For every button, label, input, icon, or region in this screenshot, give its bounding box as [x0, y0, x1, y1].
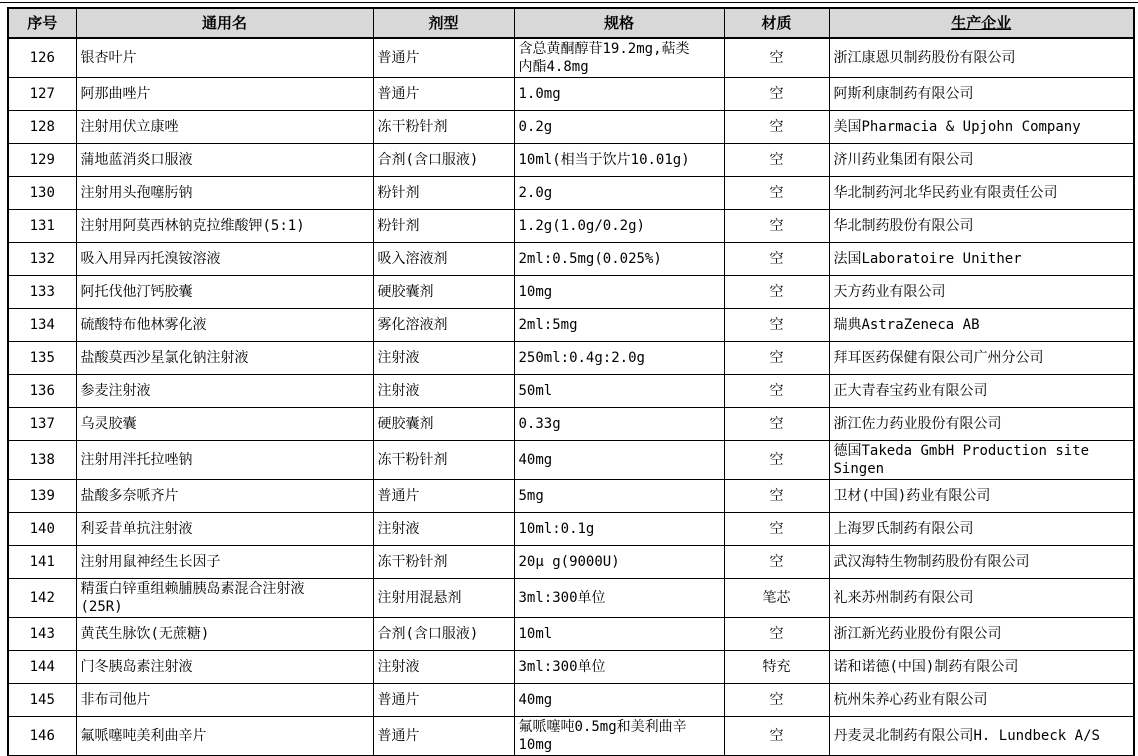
- cell-seq: 145: [8, 684, 76, 717]
- cell-manufacturer: 华北制药股份有限公司: [829, 210, 1134, 243]
- cell-seq: 132: [8, 243, 76, 276]
- cell-dosage-form: 普通片: [373, 717, 514, 756]
- cell-material: 笔芯: [724, 579, 829, 618]
- cell-manufacturer: 德国Takeda GmbH Production site Singen: [829, 441, 1134, 480]
- cell-generic-name: 精蛋白锌重组赖脯胰岛素混合注射液 (25R): [76, 579, 373, 618]
- cell-manufacturer: 拜耳医药保健有限公司广州分公司: [829, 342, 1134, 375]
- cell-seq: 139: [8, 480, 76, 513]
- cell-spec: 含总黄酮醇苷19.2mg,萜类 内酯4.8mg: [514, 38, 724, 78]
- cell-material: 空: [724, 210, 829, 243]
- cell-dosage-form: 合剂(含口服液): [373, 618, 514, 651]
- cell-dosage-form: 注射液: [373, 342, 514, 375]
- cell-spec: 2.0g: [514, 177, 724, 210]
- cell-dosage-form: 普通片: [373, 480, 514, 513]
- cell-spec: 1.0mg: [514, 78, 724, 111]
- cell-generic-name: 阿托伐他汀钙胶囊: [76, 276, 373, 309]
- cell-material: 空: [724, 684, 829, 717]
- cell-spec: 3ml:300单位: [514, 579, 724, 618]
- cell-material: 空: [724, 111, 829, 144]
- cell-seq: 135: [8, 342, 76, 375]
- col-header-seq: 序号: [8, 8, 76, 38]
- cell-seq: 128: [8, 111, 76, 144]
- cell-material: 空: [724, 717, 829, 756]
- cell-generic-name: 注射用头孢噻肟钠: [76, 177, 373, 210]
- table-row: 138注射用泮托拉唑钠冻干粉针剂40mg空德国Takeda GmbH Produ…: [8, 441, 1134, 480]
- cell-generic-name: 注射用伏立康唑: [76, 111, 373, 144]
- cell-seq: 141: [8, 546, 76, 579]
- cell-dosage-form: 普通片: [373, 78, 514, 111]
- cell-manufacturer: 杭州朱养心药业有限公司: [829, 684, 1134, 717]
- cell-material: 空: [724, 309, 829, 342]
- cell-generic-name: 盐酸莫西沙星氯化钠注射液: [76, 342, 373, 375]
- cell-material: 空: [724, 441, 829, 480]
- col-header-material: 材质: [724, 8, 829, 38]
- cell-generic-name: 阿那曲唑片: [76, 78, 373, 111]
- cell-material: 空: [724, 513, 829, 546]
- cell-material: 空: [724, 375, 829, 408]
- table-row: 143黄芪生脉饮(无蔗糖)合剂(含口服液)10ml空浙江新光药业股份有限公司: [8, 618, 1134, 651]
- col-header-dosage-form: 剂型: [373, 8, 514, 38]
- cell-dosage-form: 合剂(含口服液): [373, 144, 514, 177]
- cell-manufacturer: 武汉海特生物制药股份有限公司: [829, 546, 1134, 579]
- cell-generic-name: 利妥昔单抗注射液: [76, 513, 373, 546]
- cell-spec: 10ml: [514, 618, 724, 651]
- cell-dosage-form: 普通片: [373, 684, 514, 717]
- cell-dosage-form: 冻干粉针剂: [373, 111, 514, 144]
- table-row: 140利妥昔单抗注射液注射液10ml:0.1g空上海罗氏制药有限公司: [8, 513, 1134, 546]
- cell-dosage-form: 注射液: [373, 375, 514, 408]
- cell-spec: 40mg: [514, 441, 724, 480]
- cell-spec: 2ml:0.5mg(0.025%): [514, 243, 724, 276]
- cell-material: 空: [724, 408, 829, 441]
- cell-dosage-form: 注射液: [373, 651, 514, 684]
- header-label: 剂型: [428, 14, 458, 32]
- cell-generic-name: 乌灵胶囊: [76, 408, 373, 441]
- table-row: 136参麦注射液注射液50ml空正大青春宝药业有限公司: [8, 375, 1134, 408]
- cell-manufacturer: 浙江佐力药业股份有限公司: [829, 408, 1134, 441]
- cell-spec: 0.33g: [514, 408, 724, 441]
- cell-seq: 143: [8, 618, 76, 651]
- cell-dosage-form: 冻干粉针剂: [373, 546, 514, 579]
- cell-generic-name: 硫酸特布他林雾化液: [76, 309, 373, 342]
- cell-dosage-form: 雾化溶液剂: [373, 309, 514, 342]
- cell-seq: 136: [8, 375, 76, 408]
- cell-dosage-form: 吸入溶液剂: [373, 243, 514, 276]
- cell-material: 空: [724, 243, 829, 276]
- cell-seq: 130: [8, 177, 76, 210]
- cell-dosage-form: 硬胶囊剂: [373, 408, 514, 441]
- cell-spec: 3ml:300单位: [514, 651, 724, 684]
- header-label: 材质: [761, 14, 791, 32]
- cell-manufacturer: 浙江新光药业股份有限公司: [829, 618, 1134, 651]
- table-row: 144门冬胰岛素注射液注射液3ml:300单位特充诺和诺德(中国)制药有限公司: [8, 651, 1134, 684]
- cell-generic-name: 黄芪生脉饮(无蔗糖): [76, 618, 373, 651]
- cell-material: 空: [724, 342, 829, 375]
- cell-manufacturer: 天方药业有限公司: [829, 276, 1134, 309]
- cell-seq: 137: [8, 408, 76, 441]
- cell-generic-name: 门冬胰岛素注射液: [76, 651, 373, 684]
- cell-spec: 10mg: [514, 276, 724, 309]
- cell-spec: 250ml:0.4g:2.0g: [514, 342, 724, 375]
- cell-dosage-form: 注射液: [373, 513, 514, 546]
- table-row: 134硫酸特布他林雾化液雾化溶液剂2ml:5mg空瑞典AstraZeneca A…: [8, 309, 1134, 342]
- cell-manufacturer: 美国Pharmacia & Upjohn Company: [829, 111, 1134, 144]
- cell-manufacturer: 瑞典AstraZeneca AB: [829, 309, 1134, 342]
- cell-manufacturer: 礼来苏州制药有限公司: [829, 579, 1134, 618]
- drug-table: 序号通用名剂型规格材质生产企业 126银杏叶片普通片含总黄酮醇苷19.2mg,萜…: [7, 7, 1135, 756]
- cell-spec: 10ml:0.1g: [514, 513, 724, 546]
- cell-manufacturer: 丹麦灵北制药有限公司H. Lundbeck A/S: [829, 717, 1134, 756]
- cell-material: 空: [724, 144, 829, 177]
- table-row: 146氟哌噻吨美利曲辛片普通片氟哌噻吨0.5mg和美利曲辛 10mg空丹麦灵北制…: [8, 717, 1134, 756]
- cell-dosage-form: 冻干粉针剂: [373, 441, 514, 480]
- cell-spec: 0.2g: [514, 111, 724, 144]
- table-row: 145非布司他片普通片40mg空杭州朱养心药业有限公司: [8, 684, 1134, 717]
- cell-spec: 氟哌噻吨0.5mg和美利曲辛 10mg: [514, 717, 724, 756]
- table-row: 139盐酸多奈哌齐片普通片5mg空卫材(中国)药业有限公司: [8, 480, 1134, 513]
- header-label: 通用名: [202, 14, 247, 32]
- table-row: 142精蛋白锌重组赖脯胰岛素混合注射液 (25R)注射用混悬剂3ml:300单位…: [8, 579, 1134, 618]
- table-row: 129蒲地蓝消炎口服液合剂(含口服液)10ml(相当于饮片10.01g)空济川药…: [8, 144, 1134, 177]
- cell-material: 空: [724, 480, 829, 513]
- table-row: 128注射用伏立康唑冻干粉针剂0.2g空美国Pharmacia & Upjohn…: [8, 111, 1134, 144]
- cell-generic-name: 吸入用异丙托溴铵溶液: [76, 243, 373, 276]
- table-row: 130注射用头孢噻肟钠粉针剂2.0g空华北制药河北华民药业有限责任公司: [8, 177, 1134, 210]
- col-header-generic-name: 通用名: [76, 8, 373, 38]
- cell-seq: 129: [8, 144, 76, 177]
- cell-seq: 144: [8, 651, 76, 684]
- cell-generic-name: 银杏叶片: [76, 38, 373, 78]
- cell-seq: 138: [8, 441, 76, 480]
- cell-dosage-form: 粉针剂: [373, 210, 514, 243]
- page-top-rule: [0, 2, 1138, 3]
- cell-dosage-form: 普通片: [373, 38, 514, 78]
- cell-material: 特充: [724, 651, 829, 684]
- table-row: 137乌灵胶囊硬胶囊剂0.33g空浙江佐力药业股份有限公司: [8, 408, 1134, 441]
- cell-generic-name: 注射用泮托拉唑钠: [76, 441, 373, 480]
- cell-manufacturer: 华北制药河北华民药业有限责任公司: [829, 177, 1134, 210]
- cell-seq: 134: [8, 309, 76, 342]
- cell-manufacturer: 正大青春宝药业有限公司: [829, 375, 1134, 408]
- table-row: 141注射用鼠神经生长因子冻干粉针剂20μ g(9000U)空武汉海特生物制药股…: [8, 546, 1134, 579]
- cell-generic-name: 蒲地蓝消炎口服液: [76, 144, 373, 177]
- cell-seq: 146: [8, 717, 76, 756]
- cell-spec: 10ml(相当于饮片10.01g): [514, 144, 724, 177]
- table-body: 126银杏叶片普通片含总黄酮醇苷19.2mg,萜类 内酯4.8mg空浙江康恩贝制…: [8, 38, 1134, 756]
- table-row: 127阿那曲唑片普通片1.0mg空阿斯利康制药有限公司: [8, 78, 1134, 111]
- cell-seq: 140: [8, 513, 76, 546]
- cell-seq: 131: [8, 210, 76, 243]
- cell-seq: 127: [8, 78, 76, 111]
- cell-manufacturer: 卫材(中国)药业有限公司: [829, 480, 1134, 513]
- cell-spec: 40mg: [514, 684, 724, 717]
- table-row: 131注射用阿莫西林钠克拉维酸钾(5:1)粉针剂1.2g(1.0g/0.2g)空…: [8, 210, 1134, 243]
- cell-seq: 142: [8, 579, 76, 618]
- cell-material: 空: [724, 276, 829, 309]
- cell-manufacturer: 诺和诺德(中国)制药有限公司: [829, 651, 1134, 684]
- cell-generic-name: 盐酸多奈哌齐片: [76, 480, 373, 513]
- cell-generic-name: 氟哌噻吨美利曲辛片: [76, 717, 373, 756]
- cell-spec: 20μ g(9000U): [514, 546, 724, 579]
- table-row: 132吸入用异丙托溴铵溶液吸入溶液剂2ml:0.5mg(0.025%)空法国La…: [8, 243, 1134, 276]
- table-row: 126银杏叶片普通片含总黄酮醇苷19.2mg,萜类 内酯4.8mg空浙江康恩贝制…: [8, 38, 1134, 78]
- cell-spec: 5mg: [514, 480, 724, 513]
- col-header-manufacturer: 生产企业: [829, 8, 1134, 38]
- cell-generic-name: 注射用鼠神经生长因子: [76, 546, 373, 579]
- cell-generic-name: 参麦注射液: [76, 375, 373, 408]
- cell-manufacturer: 法国Laboratoire Unither: [829, 243, 1134, 276]
- cell-material: 空: [724, 38, 829, 78]
- cell-material: 空: [724, 618, 829, 651]
- cell-spec: 50ml: [514, 375, 724, 408]
- cell-dosage-form: 粉针剂: [373, 177, 514, 210]
- header-row: 序号通用名剂型规格材质生产企业: [8, 8, 1134, 38]
- cell-dosage-form: 硬胶囊剂: [373, 276, 514, 309]
- col-header-spec: 规格: [514, 8, 724, 38]
- cell-generic-name: 非布司他片: [76, 684, 373, 717]
- header-label: 生产企业: [951, 14, 1011, 32]
- cell-material: 空: [724, 546, 829, 579]
- header-label: 规格: [604, 14, 634, 32]
- cell-material: 空: [724, 177, 829, 210]
- cell-manufacturer: 上海罗氏制药有限公司: [829, 513, 1134, 546]
- cell-material: 空: [724, 78, 829, 111]
- header-label: 序号: [27, 14, 57, 32]
- cell-manufacturer: 阿斯利康制药有限公司: [829, 78, 1134, 111]
- cell-seq: 133: [8, 276, 76, 309]
- cell-dosage-form: 注射用混悬剂: [373, 579, 514, 618]
- cell-spec: 1.2g(1.0g/0.2g): [514, 210, 724, 243]
- cell-manufacturer: 济川药业集团有限公司: [829, 144, 1134, 177]
- table-header-row: 序号通用名剂型规格材质生产企业: [8, 8, 1134, 38]
- cell-generic-name: 注射用阿莫西林钠克拉维酸钾(5:1): [76, 210, 373, 243]
- cell-manufacturer: 浙江康恩贝制药股份有限公司: [829, 38, 1134, 78]
- cell-spec: 2ml:5mg: [514, 309, 724, 342]
- cell-seq: 126: [8, 38, 76, 78]
- table-row: 133阿托伐他汀钙胶囊硬胶囊剂10mg空天方药业有限公司: [8, 276, 1134, 309]
- table-row: 135盐酸莫西沙星氯化钠注射液注射液250ml:0.4g:2.0g空拜耳医药保健…: [8, 342, 1134, 375]
